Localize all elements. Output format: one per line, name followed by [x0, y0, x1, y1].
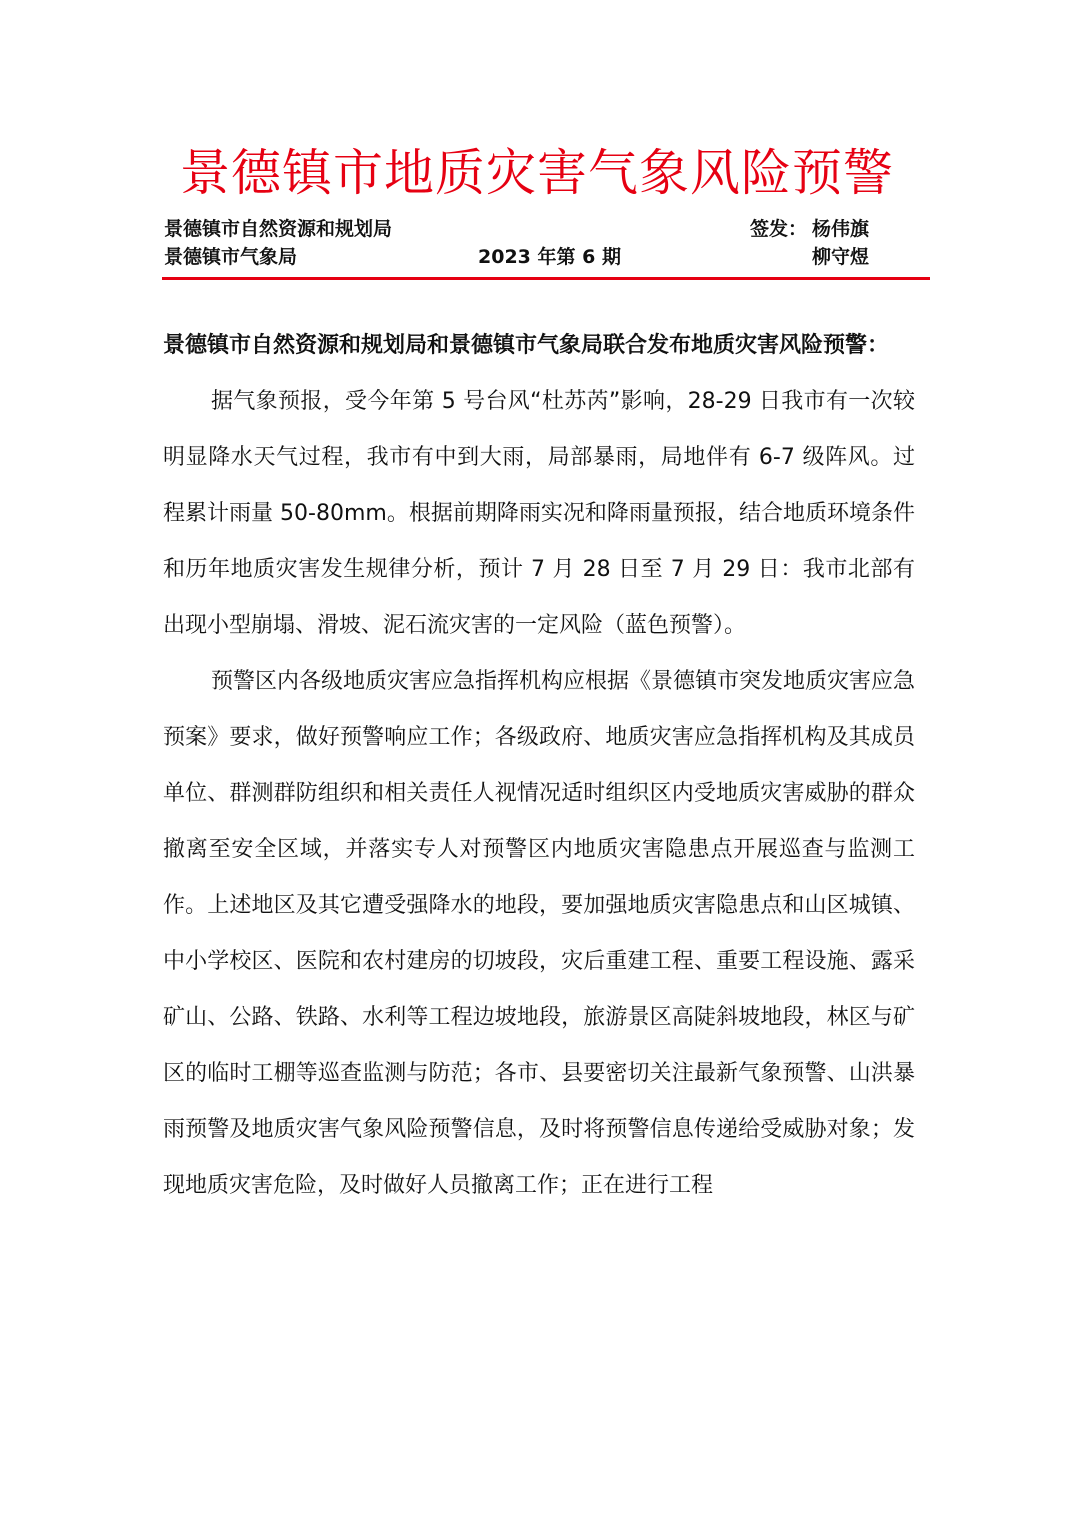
- document-body: 景德镇市自然资源和规划局和景德镇市气象局联合发布地质灾害风险预警： 据气象预报，…: [163, 318, 915, 1214]
- issuer-meteorological-bureau: 景德镇市气象局: [164, 244, 297, 270]
- signer-name-2: 柳守煜: [812, 244, 869, 270]
- paragraph-forecast: 据气象预报，受今年第 5 号台风“杜苏芮”影响，28-29 日我市有一次较明显降…: [163, 374, 915, 654]
- header-divider: [162, 277, 930, 280]
- issuer-natural-resources: 景德镇市自然资源和规划局: [164, 216, 392, 242]
- signed-by-label: 签发：: [750, 216, 807, 242]
- document-page: 景德镇市地质灾害气象风险预警 景德镇市自然资源和规划局 景德镇市气象局 2023…: [0, 0, 1074, 1520]
- lead-statement: 景德镇市自然资源和规划局和景德镇市气象局联合发布地质灾害风险预警：: [163, 318, 915, 374]
- signer-name-1: 杨伟旗: [812, 216, 869, 242]
- issue-number: 2023 年第 6 期: [478, 244, 621, 270]
- paragraph-response-requirements: 预警区内各级地质灾害应急指挥机构应根据《景德镇市突发地质灾害应急预案》要求，做好…: [163, 654, 915, 1214]
- document-title: 景德镇市地质灾害气象风险预警: [0, 140, 1074, 206]
